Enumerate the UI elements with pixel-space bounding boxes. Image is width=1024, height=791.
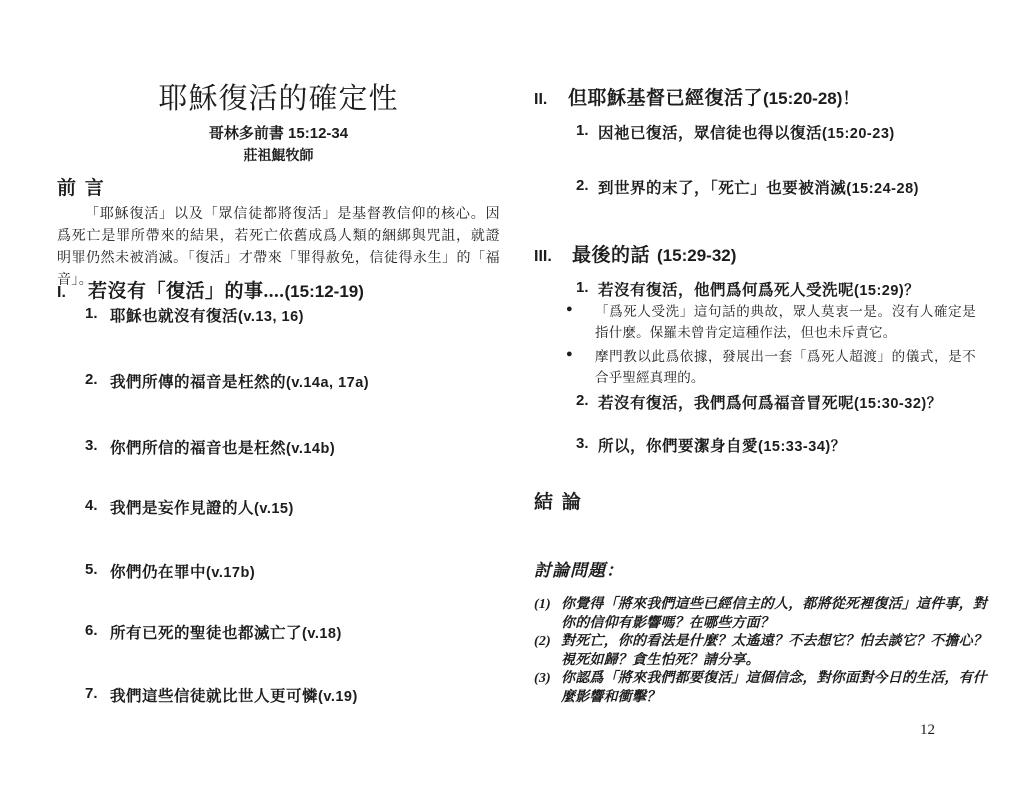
discussion-question: (1) 你覺得「將來我們這些已經信主的人，都將從死裡復活」這件事，對你的信仰有影… [534,596,989,633]
page-number: 12 [920,722,935,739]
item-number: 5. [85,561,98,578]
list-item: 1. 耶穌也就沒有復活(v.13, 16) [57,304,304,326]
verse-ref: (v.17b) [206,565,255,581]
section-1-label: I. [57,284,88,302]
list-item: 2. 到世界的末了，「死亡」也要被消滅(15:24-28) [534,176,919,198]
question-text: 你認爲「將來我們都要復活」這個信念，對你面對今日的生活，有什麼影響和衝擊？ [561,671,987,705]
left-column: 耶穌復活的確定性 哥林多前書 15:12-34 莊祖鯤牧師 前 言 「耶穌復活」… [57,0,500,791]
verse-ref: (15:30-32)？ [854,396,942,412]
item-text: 你們仍在罪中(v.17b) [110,564,255,581]
scripture-reference: 哥林多前書 15:12-34 [57,122,500,143]
discussion-question: (3) 你認爲「將來我們都要復活」這個信念，對你面對今日的生活，有什麼影響和衝擊… [534,670,989,707]
list-item: 1. 若沒有復活，他們爲何爲死人受洗呢(15:29)？ [534,278,919,300]
item-text: 我們所傳的福音是枉然的(v.14a, 17a) [110,374,369,391]
item-text: 耶穌也就沒有復活(v.13, 16) [110,308,304,325]
list-item: 1. 因祂已復活，眾信徒也得以復活(15:20-23) [534,121,895,143]
list-item: 3. 你們所信的福音也是枉然(v.14b) [57,436,335,458]
question-number: (2) [534,633,551,652]
item-text: 若沒有復活，他們爲何爲死人受洗呢(15:29)？ [598,282,919,299]
item-number: 2. [85,371,98,388]
list-item: 7. 我們這些信徒就比世人更可憐(v.19) [57,684,358,706]
item-text: 若沒有復活，我們爲何爲福音冒死呢(15:30-32)？ [598,395,942,412]
bullet-icon: ● [566,348,573,360]
section-1-title: 若沒有「復活」的事.... [88,276,285,303]
item-text: 我們是妄作見證的人(v.15) [110,500,294,517]
section-3-heading: III. 最後的話 (15:29-32) [534,240,989,267]
conclusion-heading: 結 論 [534,487,989,514]
question-number: (3) [534,670,551,689]
item-number: 2. [576,177,589,194]
bullet-note: ● 摩門教以此爲依據，發展出一套「爲死人超渡」的儀式，是不合乎聖經真理的。 [566,346,976,388]
verse-ref: (v.14a, 17a) [286,375,369,391]
list-item: 3. 所以，你們要潔身自愛(15:33-34)？ [534,434,846,456]
foreword-heading: 前 言 [57,173,500,200]
bullet-text: 「爲死人受洗」這句話的典故，眾人莫衷一是。沒有人確定是指什麼。保羅未曾肯定這種作… [595,301,976,343]
list-item: 2. 若沒有復活，我們爲何爲福音冒死呢(15:30-32)？ [534,391,942,413]
list-item: 5. 你們仍在罪中(v.17b) [57,560,255,582]
verse-ref: (15:33-34)？ [758,439,846,455]
item-number: 2. [576,392,589,409]
author-name: 莊祖鯤牧師 [57,145,500,165]
item-number: 1. [576,122,589,139]
item-text: 所以，你們要潔身自愛(15:33-34)？ [598,438,846,455]
verse-ref: (v.15) [254,501,294,517]
discussion-heading: 討論問題： [534,556,989,581]
verse-ref: (15:24-28) [846,181,919,197]
question-number: (1) [534,596,551,615]
item-text: 你們所信的福音也是枉然(v.14b) [110,440,335,457]
item-text: 所有已死的聖徒也都滅亡了(v.18) [110,625,342,642]
section-2-title: 但耶穌基督已經復活了 [568,83,763,110]
document-page: 耶穌復活的確定性 哥林多前書 15:12-34 莊祖鯤牧師 前 言 「耶穌復活」… [0,0,1024,791]
item-number: 1. [576,279,589,296]
question-text: 你覺得「將來我們這些已經信主的人，都將從死裡復活」這件事，對你的信仰有影響嗎？在… [561,597,987,631]
item-number: 4. [85,497,98,514]
discussion-question: (2) 對死亡，你的看法是什麼？太遙遠？不去想它？怕去談它？不擔心？視死如歸？貪… [534,633,989,670]
section-3-title: 最後的話 [572,240,650,267]
item-number: 3. [576,435,589,452]
bullet-text: 摩門教以此爲依據，發展出一套「爲死人超渡」的儀式，是不合乎聖經真理的。 [595,346,976,388]
verse-ref: (v.18) [302,626,342,642]
item-number: 3. [85,437,98,454]
item-number: 1. [85,305,98,322]
item-text: 到世界的末了，「死亡」也要被消滅(15:24-28) [598,180,919,197]
list-item: 2. 我們所傳的福音是枉然的(v.14a, 17a) [57,370,369,392]
list-item: 4. 我們是妄作見證的人(v.15) [57,496,294,518]
verse-ref: (15:29)？ [854,283,919,299]
verse-ref: (v.13, 16) [238,309,304,325]
verse-ref: (15:20-23) [822,126,895,142]
list-item: 6. 所有已死的聖徒也都滅亡了(v.18) [57,621,342,643]
verse-ref: (v.14b) [286,441,335,457]
bullet-note: ● 「爲死人受洗」這句話的典故，眾人莫衷一是。沒有人確定是指什麼。保羅未曾肯定這… [566,301,976,343]
bullet-icon: ● [566,303,573,315]
item-number: 6. [85,622,98,639]
item-text: 我們這些信徒就比世人更可憐(v.19) [110,688,358,705]
verse-ref: (v.19) [318,689,358,705]
page-title: 耶穌復活的確定性 [57,76,500,117]
section-2-label: II. [534,91,568,109]
right-column: II. 但耶穌基督已經復活了 (15:20-28)！ 1. 因祂已復活，眾信徒也… [534,0,989,791]
item-number: 7. [85,685,98,702]
item-text: 因祂已復活，眾信徒也得以復活(15:20-23) [598,125,895,142]
question-text: 對死亡，你的看法是什麼？太遙遠？不去想它？怕去談它？不擔心？視死如歸？貪生怕死？… [561,634,987,668]
section-2-heading: II. 但耶穌基督已經復活了 (15:20-28)！ [534,83,989,110]
section-3-ref: (15:29-32) [657,246,736,266]
discussion-questions: (1) 你覺得「將來我們這些已經信主的人，都將從死裡復活」這件事，對你的信仰有影… [534,596,989,707]
section-2-ref: (15:20-28)！ [763,84,859,109]
section-3-label: III. [534,248,572,266]
section-1-heading: I. 若沒有「復活」的事.... (15:12-19) [57,276,500,303]
section-1-ref: (15:12-19) [285,282,364,302]
